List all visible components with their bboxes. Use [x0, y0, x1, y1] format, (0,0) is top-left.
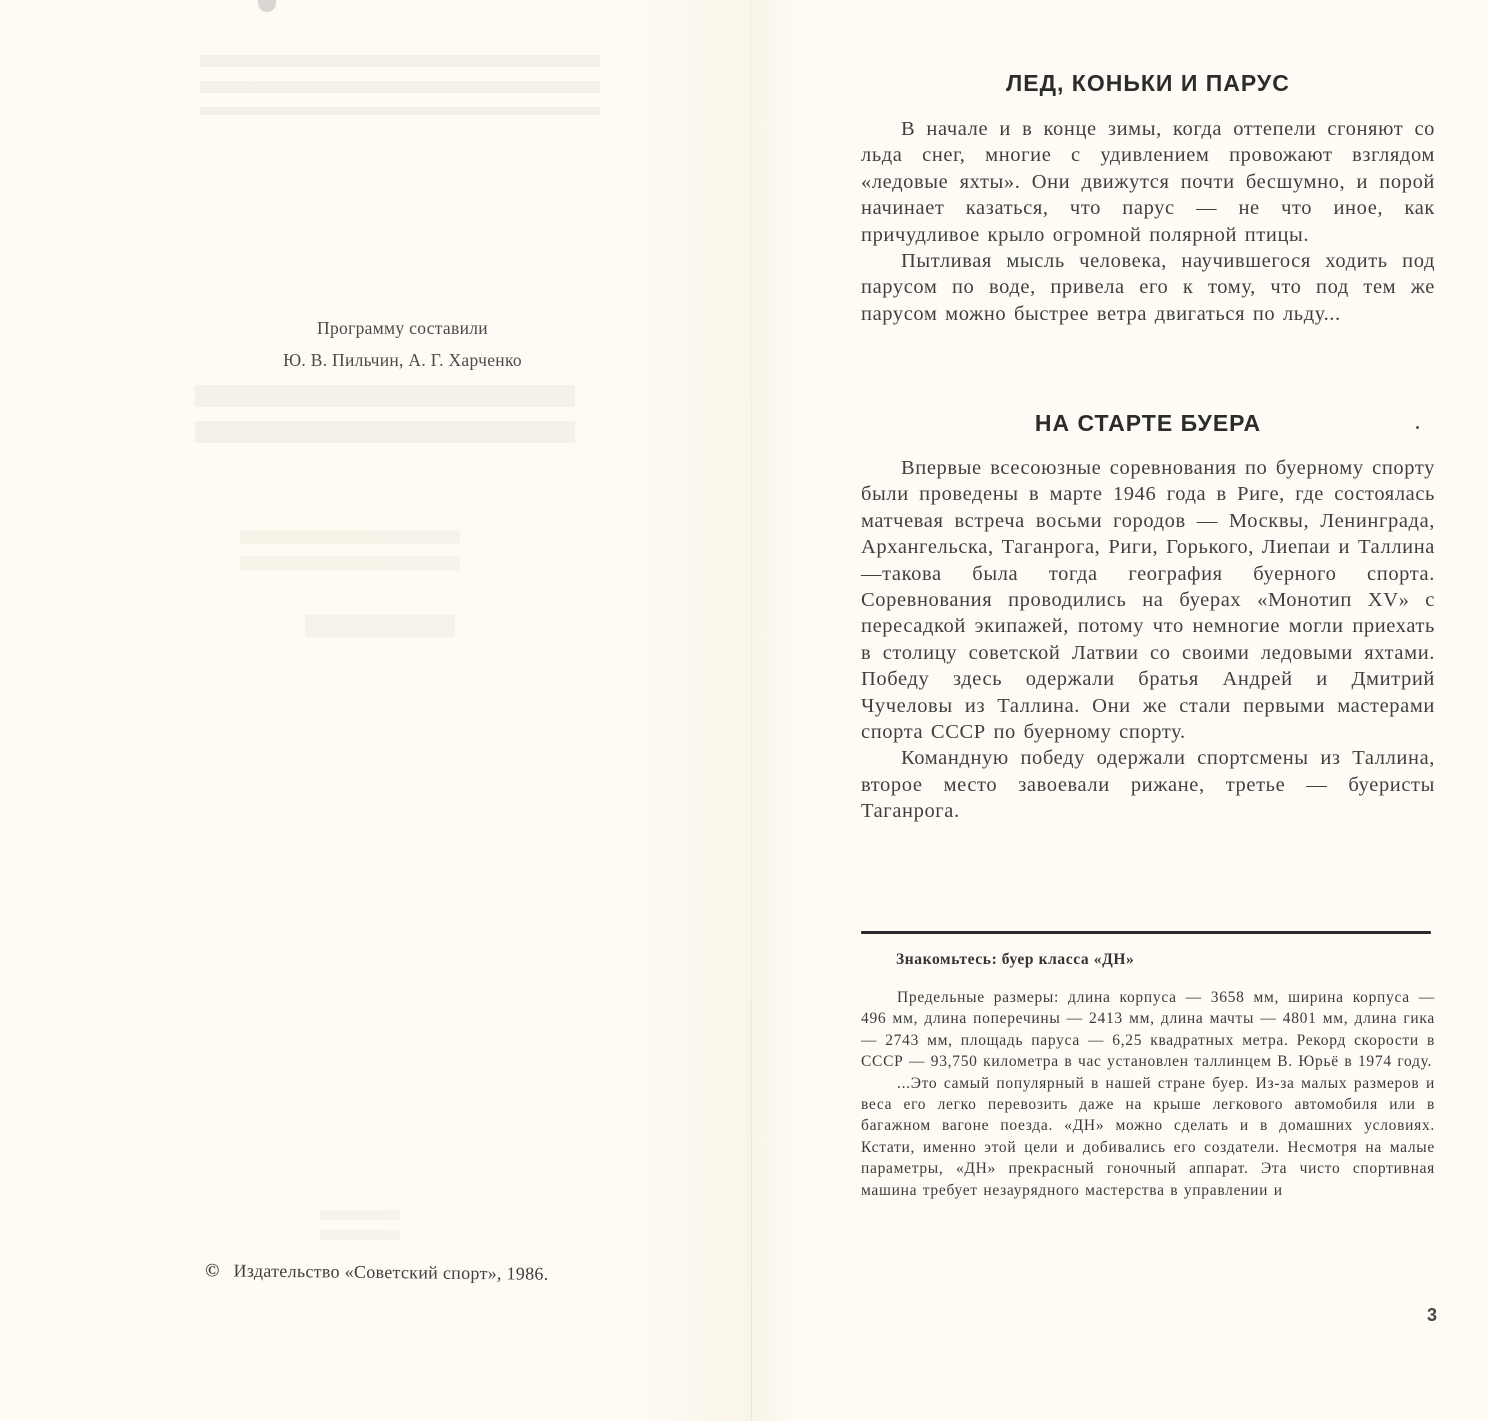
- show-through-texture: [195, 385, 575, 455]
- section-title-iceboat-start: НА СТАРТЕ БУЕРА: [861, 410, 1435, 437]
- sidebar-body-dn-class: Предельные размеры: длина корпуса — 3658…: [861, 987, 1435, 1201]
- paragraph: В начале и в конце зимы, когда оттепели …: [861, 116, 1435, 248]
- left-page: Программу составили Ю. В. Пильчин, А. Г.…: [0, 0, 752, 1421]
- sidebar-paragraph: Предельные размеры: длина корпуса — 3658…: [861, 987, 1435, 1073]
- show-through-texture: [240, 530, 460, 580]
- section-body-iceboat-start: Впервые всесоюзные соревнования по буерн…: [861, 455, 1435, 825]
- page-number: 3: [1427, 1305, 1437, 1326]
- hole-mark: [258, 0, 276, 12]
- paragraph: Впервые всесоюзные соревнования по буерн…: [861, 455, 1435, 745]
- sidebar-paragraph: ...Это самый популярный в нашей стране б…: [861, 1073, 1435, 1201]
- sidebar-title-dn-class: Знакомьтесь: буер класса «ДН»: [896, 951, 1134, 969]
- stray-dot: [1416, 426, 1419, 429]
- book-spread: Программу составили Ю. В. Пильчин, А. Г.…: [0, 0, 1489, 1421]
- section-divider: [861, 931, 1431, 934]
- section-title-ice-skates-sail: ЛЕД, КОНЬКИ И ПАРУС: [861, 70, 1435, 97]
- copyright-line: ©Издательство «Советский спорт», 1986.: [205, 1260, 549, 1286]
- show-through-texture: [320, 1210, 400, 1246]
- show-through-texture: [305, 615, 455, 637]
- section-body-ice-skates-sail: В начале и в конце зимы, когда оттепели …: [861, 116, 1435, 327]
- paragraph: Пытливая мысль человека, научившегося хо…: [861, 248, 1435, 327]
- credits-authors: Ю. В. Пильчин, А. Г. Харченко: [230, 344, 575, 376]
- credits-label: Программу составили: [230, 312, 575, 344]
- credits: Программу составили Ю. В. Пильчин, А. Г.…: [230, 312, 575, 376]
- copyright-icon: ©: [205, 1260, 220, 1281]
- copyright-text: Издательство «Советский спорт», 1986.: [233, 1261, 548, 1284]
- show-through-texture: [200, 55, 600, 115]
- paragraph: Командную победу одержали спортсмены из …: [861, 745, 1435, 824]
